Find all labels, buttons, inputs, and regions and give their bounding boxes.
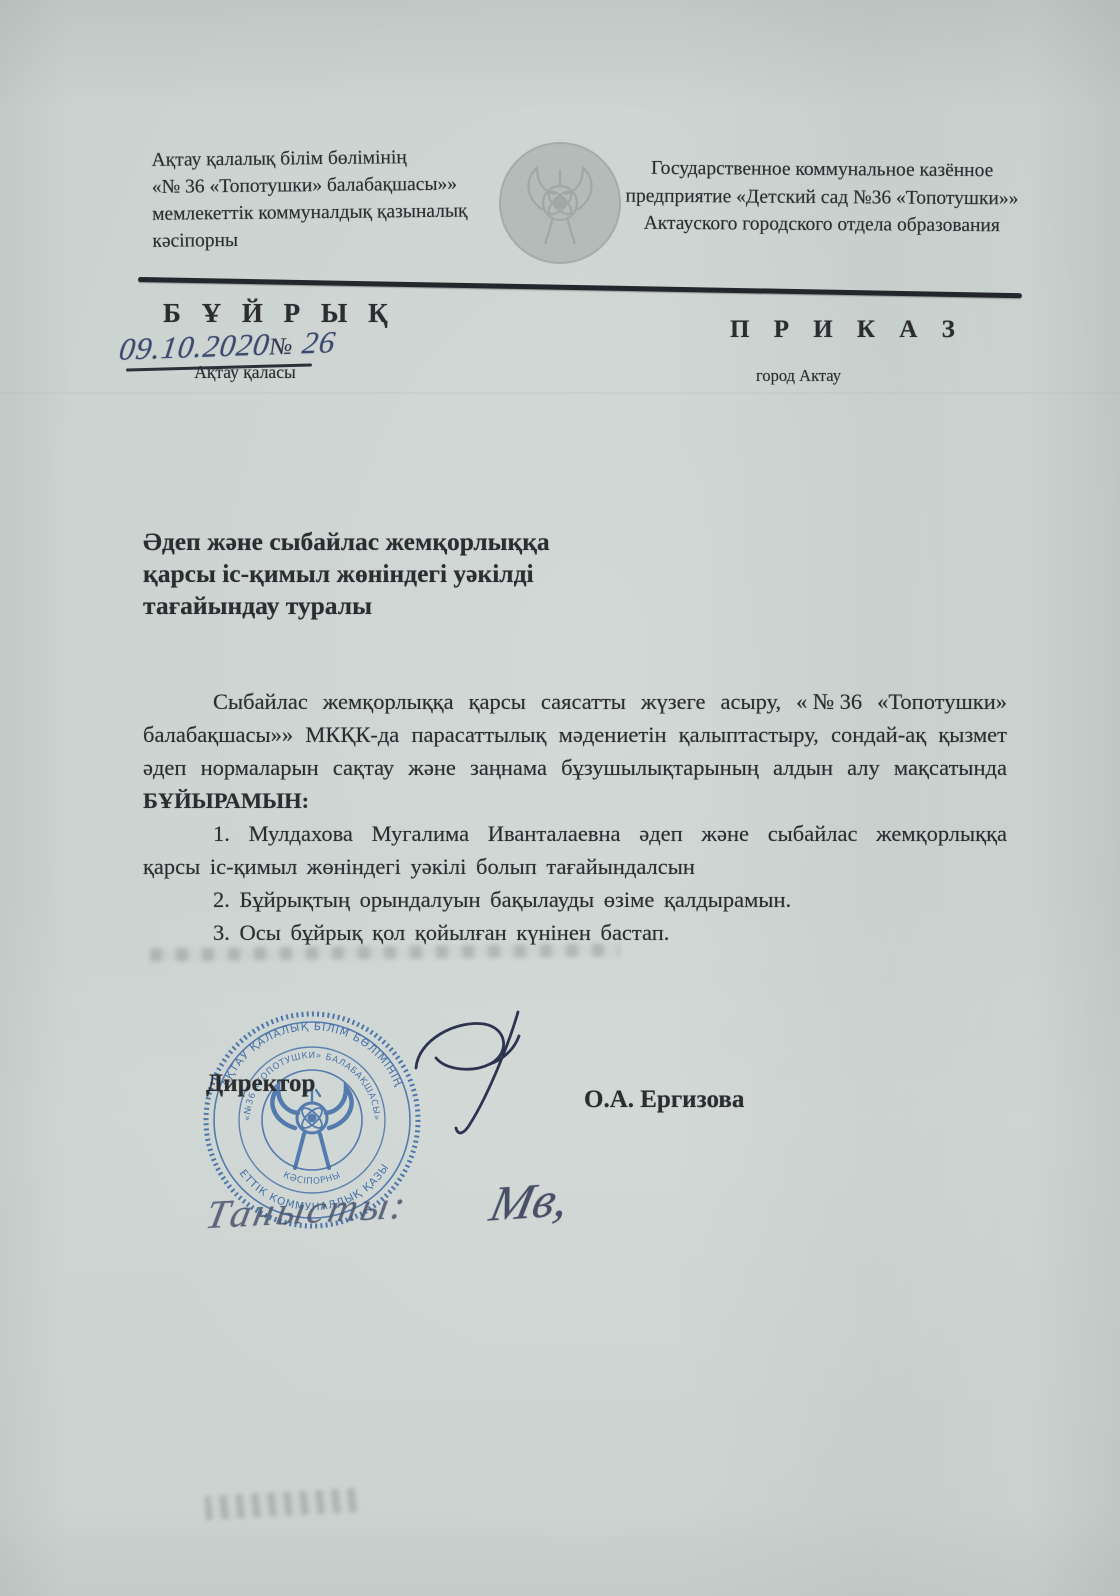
org-ru-line: Актауского городского отдела образования	[620, 210, 1024, 241]
scanned-order-document: Ақтау қалалық білім бөлімінің «№ 36 «Топ…	[0, 0, 1120, 1596]
org-ru-line: Государственное коммунальное казённое	[620, 155, 1024, 186]
org-kk-line: кәсіпорны	[152, 225, 502, 256]
acquainted-initials-handwriting: Мв,	[485, 1169, 575, 1232]
org-kk-line: Ақтау қалалық білім бөлімінің	[151, 144, 501, 175]
subject-line: қарсы іс-қимыл жөніндегі уәкілді	[143, 558, 703, 590]
number-sign: №	[267, 334, 295, 361]
org-ru-line: предприятие «Детский сад №36 «Топотушки»…	[620, 182, 1024, 213]
order-item: 1. Мулдахова Мугалима Иванталаевна әдеп …	[143, 817, 1007, 883]
order-item: 3. Осы бұйрық қол қойылған күнінен баста…	[143, 916, 1007, 949]
org-name-russian: Государственное коммунальное казённое пр…	[620, 155, 1025, 241]
preamble-text: Сыбайлас жемқорлыққа қарсы саясатты жүзе…	[143, 689, 1007, 780]
signer-name: О.А. Ергизова	[584, 1086, 744, 1114]
order-item: 2. Бұйрықтың орындалуын бақылауды өзіме …	[143, 883, 1007, 916]
place-russian: город Актау	[756, 366, 841, 386]
handwritten-date: 09.10.2020	[117, 327, 272, 367]
faded-handwriting-smudge	[204, 1488, 360, 1520]
stamp-emblem	[272, 1088, 351, 1168]
org-kk-line: мемлекеттік коммуналдық қазыналық	[152, 198, 502, 229]
order-subject: Әдеп және сыбайлас жемқорлыққа қарсы іс-…	[143, 526, 703, 622]
state-emblem-icon	[497, 140, 623, 266]
preamble-paragraph: Сыбайлас жемқорлыққа қарсы саясатты жүзе…	[143, 685, 1007, 817]
order-body: Сыбайлас жемқорлыққа қарсы саясатты жүзе…	[143, 685, 1007, 949]
org-kk-line: «№ 36 «Топотушки» балабақшасы»»	[152, 171, 502, 202]
position-label: Директор	[206, 1070, 315, 1098]
subject-line: тағайындау туралы	[143, 590, 703, 622]
place-kazakh: Ақтау қаласы	[180, 362, 310, 383]
letterhead-divider	[138, 277, 1022, 298]
order-word-russian: П Р И К А З	[730, 316, 964, 344]
resolve-word: БҰЙЫРАМЫН:	[143, 788, 309, 813]
director-signature	[398, 1006, 578, 1156]
org-name-kazakh: Ақтау қалалық білім бөлімінің «№ 36 «Топ…	[151, 144, 502, 255]
subject-line: Әдеп және сыбайлас жемқорлыққа	[143, 526, 703, 558]
order-word-kazakh: Б Ұ Й Р Ы Қ	[163, 298, 395, 329]
handwritten-number: 26	[300, 324, 338, 360]
